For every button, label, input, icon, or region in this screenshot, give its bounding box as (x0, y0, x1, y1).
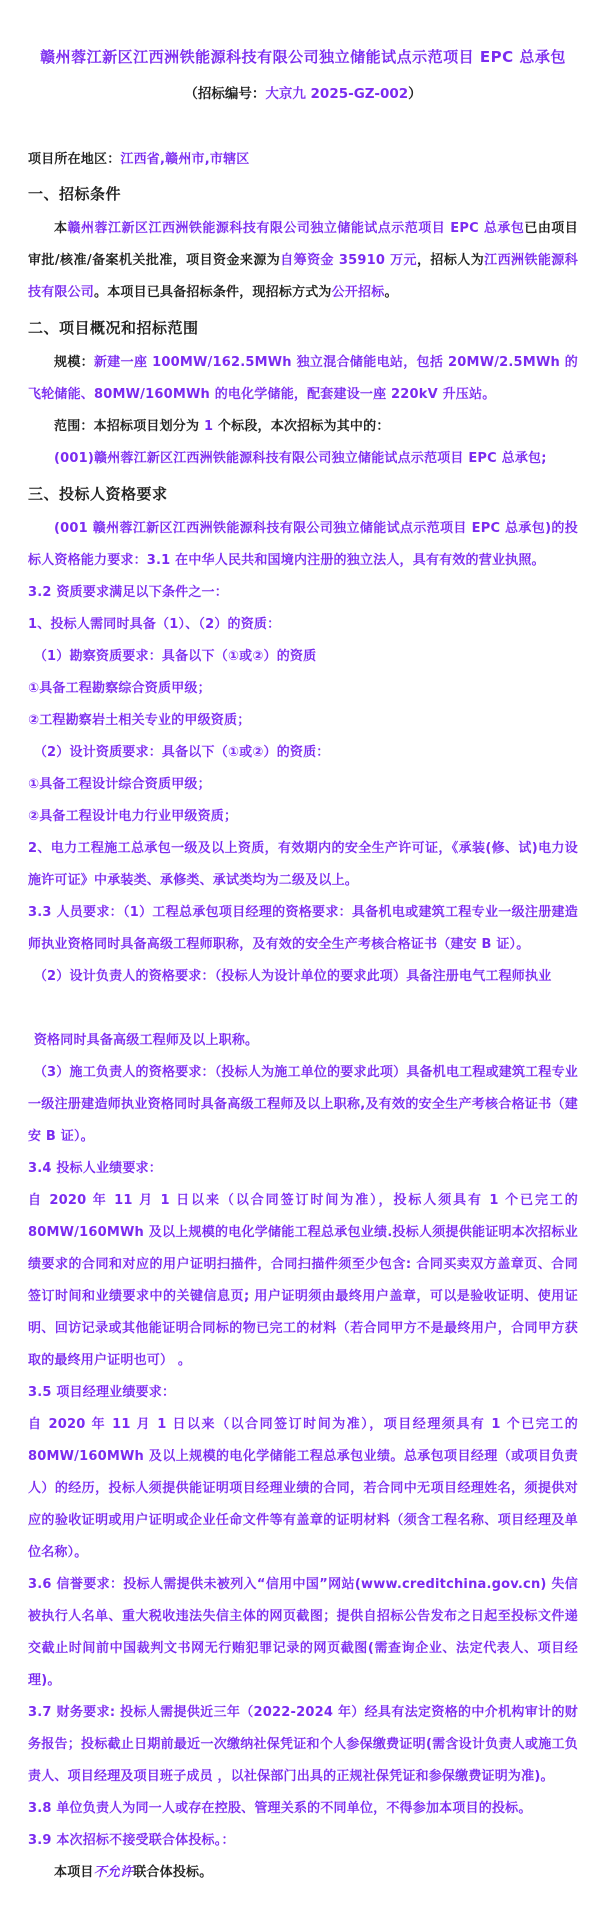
design-leader-requirement-part1: （2）设计负责人的资格要求：（投标人为设计单位的要求此项）具备注册电气工程师执业 (28, 961, 578, 993)
section-heading-2: 二、项目概况和招标范围 (28, 313, 578, 343)
text-run: 资格同时具备高级工程师及以上职称。 (34, 1033, 258, 1048)
text-run: 公开招标 (332, 285, 385, 300)
text-run: 江西省,赣州市,市辖区 (120, 152, 249, 167)
text-run: 二、项目概况和招标范围 (28, 319, 199, 337)
text-run: （招标编号： (184, 86, 265, 102)
text-run: (001)赣州蓉江新区江西洲铁能源科技有限公司独立储能试点示范项目 EPC 总承… (54, 451, 547, 466)
clause-3-8: 3.8 单位负责人为同一人或存在控股、管理关系的不同单位，不得参加本项目的投标。 (28, 1793, 578, 1825)
text-run: 三、投标人资格要求 (28, 485, 168, 503)
text-run: （2）设计资质要求：具备以下（①或②）的资质： (34, 745, 330, 760)
design-qualification-line: （2）设计资质要求：具备以下（①或②）的资质： (28, 737, 578, 769)
text-run: 。本项目已具备招标条件，现招标方式为 (94, 285, 332, 300)
text-run: 本 (54, 221, 68, 236)
text-run: 3.2 资质要求满足以下条件之一： (28, 585, 228, 600)
text-run: 自 2020 年 11 月 1 日以来（以合同签订时间为准），投标人须具有 1 … (28, 1193, 578, 1368)
project-location-line: 项目所在地区：江西省,赣州市,市辖区 (28, 145, 578, 175)
construction-leader-requirement: （3）施工负责人的资格要求：（投标人为施工单位的要求此项）具备机电工程或建筑工程… (28, 1057, 578, 1153)
text-run: 自筹资金 35910 万元 (280, 253, 417, 268)
text-run: 个标段，本次招标为其中的： (213, 419, 389, 434)
text-run: 3.8 单位负责人为同一人或存在控股、管理关系的不同单位，不得参加本项目的投标。 (28, 1801, 532, 1816)
text-run: 1 (204, 419, 213, 434)
text-run: （2）设计负责人的资格要求：（投标人为设计单位的要求此项）具备注册电气工程师执业 (34, 969, 552, 984)
clause-3-6-credit: 3.6 信誉要求：投标人需提供未被列入“信用中国”网站(www.creditch… (28, 1569, 578, 1697)
text-run: 新建一座 100MW/162.5MWh 独立混合储能电站，包括 20MW/2.5… (28, 355, 578, 402)
text-run: 赣州蓉江新区江西洲铁能源科技有限公司独立储能试点示范项目 EPC 总承包 (68, 221, 525, 236)
text-run: 本项目 (54, 1865, 94, 1880)
design-option-2: ②具备工程设计电力行业甲级资质； (28, 801, 578, 833)
clause-3-4-heading: 3.4 投标人业绩要求： (28, 1153, 578, 1185)
clause-3-7-finance: 3.7 财务要求: 投标人需提供近三年（2022-2024 年）经具有法定资格的… (28, 1697, 578, 1793)
clause-3-5-body: 自 2020 年 11 月 1 日以来（以合同签订时间为准），项目经理须具有 1… (28, 1409, 578, 1569)
text-run: （1）勘察资质要求：具备以下（①或②）的资质 (34, 649, 316, 664)
text-run: ①具备工程勘察综合资质甲级； (28, 681, 211, 696)
text-run: (001 赣州蓉江新区江西洲铁能源科技有限公司独立储能试点示范项目 EPC 总承… (28, 521, 578, 568)
text-run: 规模： (54, 355, 94, 370)
text-run: 3.6 信誉要求：投标人需提供未被列入“信用中国”网站(www.creditch… (28, 1577, 578, 1688)
text-run: 联合体投标。 (133, 1865, 212, 1880)
design-leader-requirement-part2: 资格同时具备高级工程师及以上职称。 (28, 1025, 578, 1057)
text-run: 不允许 (94, 1865, 134, 1880)
bid-section-001-line: (001)赣州蓉江新区江西洲铁能源科技有限公司独立储能试点示范项目 EPC 总承… (28, 443, 578, 475)
clause-3-2-item-2: 2、电力工程施工总承包一级及以上资质，有效期内的安全生产许可证，《承装(修、试)… (28, 833, 578, 897)
text-run: 3.7 财务要求: 投标人需提供近三年（2022-2024 年）经具有法定资格的… (28, 1705, 578, 1784)
text-run: 项目所在地区： (28, 152, 120, 167)
doc-subtitle: （招标编号：大京九 2025-GZ-002） (28, 83, 578, 105)
text-run: 。 (384, 285, 397, 300)
design-option-1: ①具备工程设计综合资质甲级； (28, 769, 578, 801)
tender-announcement-document: 赣州蓉江新区江西洲铁能源科技有限公司独立储能试点示范项目 EPC 总承包（招标编… (0, 0, 606, 1929)
text-run: 赣州蓉江新区江西洲铁能源科技有限公司独立储能试点示范项目 EPC 总承包 (40, 48, 566, 66)
doc-title: 赣州蓉江新区江西洲铁能源科技有限公司独立储能试点示范项目 EPC 总承包 (34, 46, 572, 69)
project-scale-paragraph: 规模：新建一座 100MW/162.5MWh 独立混合储能电站，包括 20MW/… (28, 347, 578, 411)
text-run: ②工程勘察岩土相关专业的甲级资质； (28, 713, 250, 728)
text-run: 3.3 人员要求：（1）工程总承包项目经理的资格要求：具备机电或建筑工程专业一级… (28, 905, 578, 952)
section-heading-1: 一、招标条件 (28, 179, 578, 209)
text-run: ②具备工程设计电力行业甲级资质； (28, 809, 237, 824)
clause-3-5-heading: 3.5 项目经理业绩要求： (28, 1377, 578, 1409)
text-run: ） (408, 86, 422, 102)
section-heading-3: 三、投标人资格要求 (28, 479, 578, 509)
clause-3-2: 3.2 资质要求满足以下条件之一： (28, 577, 578, 609)
document-body: 赣州蓉江新区江西洲铁能源科技有限公司独立储能试点示范项目 EPC 总承包（招标编… (28, 46, 578, 1889)
text-run: 3.4 投标人业绩要求： (28, 1161, 162, 1176)
text-run: 范围：本招标项目划分为 (54, 419, 204, 434)
clause-3-4-body: 自 2020 年 11 月 1 日以来（以合同签订时间为准），投标人须具有 1 … (28, 1185, 578, 1377)
survey-qualification-line: （1）勘察资质要求：具备以下（①或②）的资质 (28, 641, 578, 673)
qualification-intro-paragraph: (001 赣州蓉江新区江西洲铁能源科技有限公司独立储能试点示范项目 EPC 总承… (28, 513, 578, 577)
text-run: ①具备工程设计综合资质甲级； (28, 777, 211, 792)
text-run: 3.5 项目经理业绩要求： (28, 1385, 175, 1400)
text-run: 一、招标条件 (28, 185, 121, 203)
text-run: ，招标人为 (417, 253, 484, 268)
text-run: 自 2020 年 11 月 1 日以来（以合同签订时间为准），项目经理须具有 1… (28, 1417, 578, 1560)
text-run: 1、投标人需同时具备（1）、（2）的资质： (28, 617, 280, 632)
no-consortium-line: 本项目不允许联合体投标。 (28, 1857, 578, 1889)
text-run: 3.9 本次招标不接受联合体投标。： (28, 1833, 235, 1848)
survey-option-2: ②工程勘察岩土相关专业的甲级资质； (28, 705, 578, 737)
text-run: 2、电力工程施工总承包一级及以上资质，有效期内的安全生产许可证，《承装(修、试)… (28, 841, 578, 888)
text-run: 大京九 2025-GZ-002 (265, 86, 408, 102)
clause-3-9: 3.9 本次招标不接受联合体投标。： (28, 1825, 578, 1857)
project-scope-paragraph: 范围：本招标项目划分为 1 个标段，本次招标为其中的： (28, 411, 578, 443)
clause-3-3-personnel: 3.3 人员要求：（1）工程总承包项目经理的资格要求：具备机电或建筑工程专业一级… (28, 897, 578, 961)
tender-conditions-paragraph: 本赣州蓉江新区江西洲铁能源科技有限公司独立储能试点示范项目 EPC 总承包已由项… (28, 213, 578, 309)
survey-option-1: ①具备工程勘察综合资质甲级； (28, 673, 578, 705)
text-run: （3）施工负责人的资格要求：（投标人为施工单位的要求此项）具备机电工程或建筑工程… (28, 1065, 578, 1144)
clause-3-2-item-1: 1、投标人需同时具备（1）、（2）的资质： (28, 609, 578, 641)
